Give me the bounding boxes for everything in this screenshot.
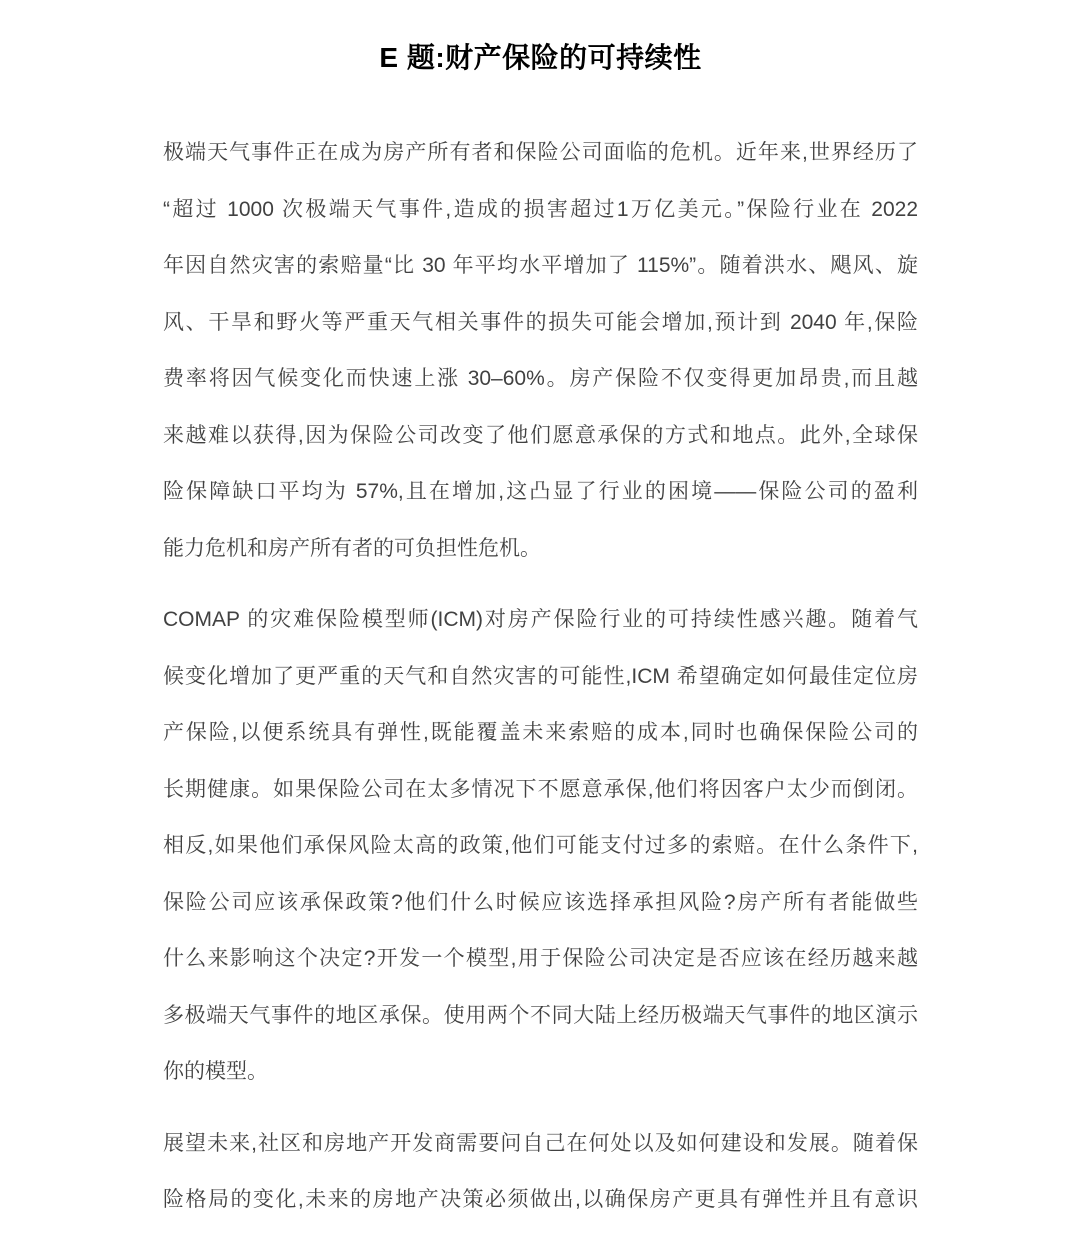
text-line: 产保险,以便系统具有弹性,既能覆盖未来索赔的成本,同时也确保保险公司的 (163, 705, 918, 762)
paragraph: COMAP 的灾难保险模型师(ICM)对房产保险行业的可持续性感兴趣。随着气候变… (163, 592, 918, 1101)
text-line: 什么来影响这个决定?开发一个模型,用于保险公司决定是否应该在经历越来越 (163, 931, 918, 988)
text-line: 费率将因气候变化而快速上涨 30–60%。房产保险不仅变得更加昂贵,而且越 (163, 351, 918, 408)
paragraph: 极端天气事件正在成为房产所有者和保险公司面临的危机。近年来,世界经历了“超过 1… (163, 125, 918, 577)
text-line: 相反,如果他们承保风险太高的政策,他们可能支付过多的索赔。在什么条件下, (163, 818, 918, 875)
text-line: 候变化增加了更严重的天气和自然灾害的可能性,ICM 希望确定如何最佳定位房 (163, 649, 918, 706)
text-line: 险格局的变化,未来的房地产决策必须做出,以确保房产更具有弹性并且有意识 (163, 1172, 918, 1229)
document-body: 极端天气事件正在成为房产所有者和保险公司面临的危机。近年来,世界经历了“超过 1… (163, 125, 918, 1229)
text-line: “超过 1000 次极端天气事件,造成的损害超过1万亿美元。”保险行业在 202… (163, 182, 918, 239)
text-line: 保险公司应该承保政策?他们什么时候应该选择承担风险?房产所有者能做些 (163, 875, 918, 932)
text-line: 能力危机和房产所有者的可负担性危机。 (163, 521, 918, 578)
document-title: E 题:财产保险的可持续性 (163, 38, 918, 78)
text-line: 险保障缺口平均为 57%,且在增加,这凸显了行业的困境——保险公司的盈利 (163, 464, 918, 521)
text-line: 多极端天气事件的地区承保。使用两个不同大陆上经历极端天气事件的地区演示 (163, 988, 918, 1045)
text-line: 长期健康。如果保险公司在太多情况下不愿意承保,他们将因客户太少而倒闭。 (163, 762, 918, 819)
text-line: 年因自然灾害的索赔量“比 30 年平均水平增加了 115%”。随着洪水、飓风、旋 (163, 238, 918, 295)
paragraph: 展望未来,社区和房地产开发商需要问自己在何处以及如何建设和发展。随着保险格局的变… (163, 1116, 918, 1229)
document-page: E 题:财产保险的可持续性 极端天气事件正在成为房产所有者和保险公司面临的危机。… (0, 0, 1079, 1256)
text-line: 你的模型。 (163, 1044, 918, 1101)
text-line: 风、干旱和野火等严重天气相关事件的损失可能会增加,预计到 2040 年,保险 (163, 295, 918, 352)
text-line: COMAP 的灾难保险模型师(ICM)对房产保险行业的可持续性感兴趣。随着气 (163, 592, 918, 649)
text-line: 极端天气事件正在成为房产所有者和保险公司面临的危机。近年来,世界经历了 (163, 125, 918, 182)
text-line: 来越难以获得,因为保险公司改变了他们愿意承保的方式和地点。此外,全球保 (163, 408, 918, 465)
text-line: 展望未来,社区和房地产开发商需要问自己在何处以及如何建设和发展。随着保 (163, 1116, 918, 1173)
